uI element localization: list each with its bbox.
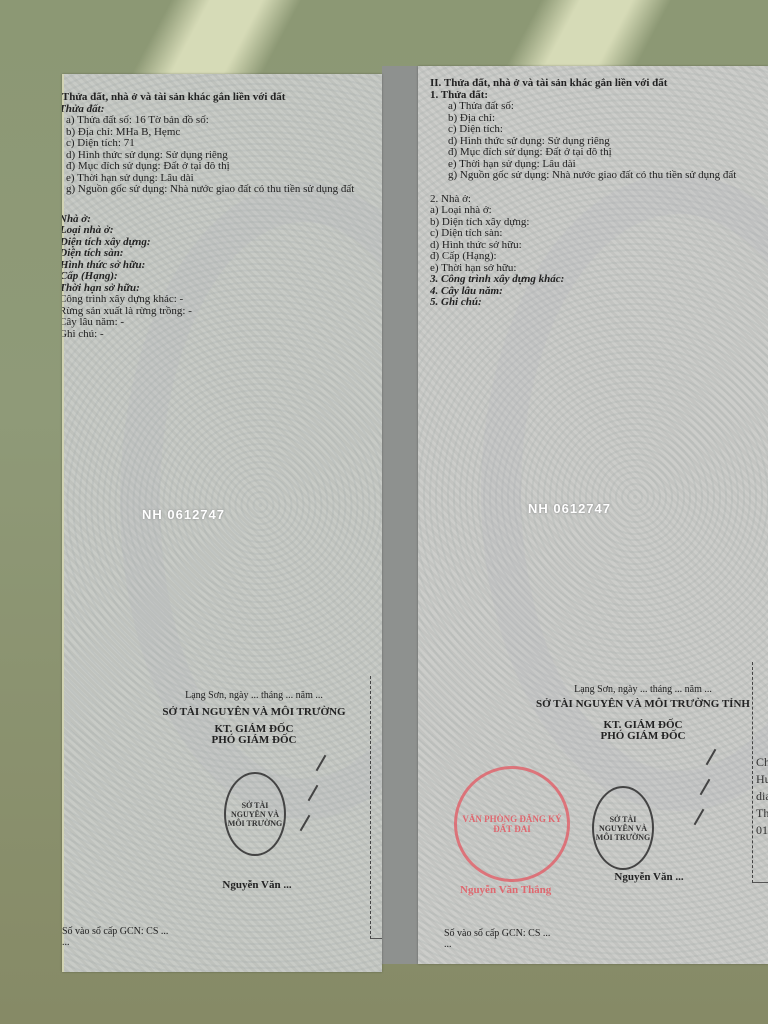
- official-stamp: SỞ TÀI NGUYÊN VÀ MÔI TRƯỜNG: [592, 786, 654, 870]
- list-line: 6. Ghi chú: -: [62, 329, 378, 341]
- field-value: 16: [135, 115, 146, 126]
- field-label: d) Hình thức sử dụng:: [66, 150, 163, 161]
- signer-name: Nguyễn Văn ...: [212, 880, 302, 891]
- list-line: b) Diện tích xây dựng:: [430, 217, 750, 229]
- list-line: c) Diện tích sàn:: [62, 248, 378, 260]
- footer: Số vào sổ cấp GCN: CS ... ...: [444, 928, 550, 950]
- authority: SỞ TÀI NGUYÊN VÀ MÔI TRƯỜNG TỈNH: [528, 699, 758, 710]
- field-value: Sử dụng riêng: [166, 150, 228, 161]
- list-line: 4. Rừng sản xuất là rừng trồng: -: [62, 306, 378, 318]
- field-value: MHa B, Hẹmc: [116, 127, 180, 138]
- authority: SỞ TÀI NGUYÊN VÀ MÔI TRƯỜNG: [154, 707, 354, 718]
- field-label: c) Diện tích:: [66, 138, 121, 149]
- list-line: đ) Cấp (Hạng):: [62, 271, 378, 283]
- list-line: a) Loại nhà ở:: [430, 205, 750, 217]
- header-line: 1. Thửa đất:: [62, 104, 378, 116]
- signature-stroke: [700, 779, 711, 796]
- signer-name: Nguyễn Văn ...: [604, 872, 694, 883]
- list-line: 2. Nhà ở:: [430, 194, 750, 206]
- field-label: d) Hình thức sử dụng:: [448, 136, 545, 147]
- signature-stroke: [308, 785, 319, 802]
- list-line: 3. Công trình xây dựng khác:: [430, 274, 750, 286]
- right-page: II. Thửa đất, nhà ở và tài sản khác gắn …: [418, 66, 768, 964]
- field-extra: Tờ bản đồ số:: [148, 115, 209, 126]
- list-line: e) Thời hạn sở hữu:: [430, 263, 750, 275]
- place-date: Lạng Sơn, ngày ... tháng ... năm ...: [154, 690, 354, 701]
- signature-stroke: [706, 749, 717, 766]
- header-line: II. Thửa đất, nhà ở và tài sản khác gắn …: [62, 92, 378, 104]
- official-stamp: SỞ TÀI NGUYÊN VÀ MÔI TRƯỜNG: [224, 772, 286, 856]
- signer-subtitle: PHÓ GIÁM ĐỐC: [154, 735, 354, 746]
- page-gutter: [382, 66, 418, 964]
- field-label: b) Địa chỉ:: [448, 113, 495, 124]
- header-line: II. Thửa đất, nhà ở và tài sản khác gắn …: [430, 78, 750, 90]
- field-label: a) Thửa đất số:: [448, 101, 514, 112]
- left-page: II. Thửa đất, nhà ở và tài sản khác gắn …: [62, 74, 382, 972]
- list-line: a) Loại nhà ở:: [62, 225, 378, 237]
- list-line: 4. Cây lâu năm:: [430, 286, 750, 298]
- field-label: g) Nguồn gốc sử dụng:: [66, 184, 167, 195]
- field-label: b) Địa chỉ:: [66, 127, 113, 138]
- signature-stroke: [300, 815, 311, 832]
- place-date: Lạng Sơn, ngày ... tháng ... năm ...: [528, 684, 758, 695]
- signer-subtitle: PHÓ GIÁM ĐỐC: [528, 731, 758, 742]
- list-line: 3. Công trình xây dựng khác: -: [62, 294, 378, 306]
- field-label: đ) Mục đích sử dụng:: [448, 147, 543, 158]
- left-page-content: II. Thửa đất, nhà ở và tài sản khác gắn …: [62, 92, 378, 340]
- field-value: 71: [124, 138, 135, 149]
- field-label: g) Nguồn gốc sử dụng:: [448, 170, 549, 181]
- field-label: a) Thửa đất số:: [66, 115, 132, 126]
- field-label: c) Diện tích:: [448, 124, 503, 135]
- field-value: Lâu dài: [160, 173, 193, 184]
- serial-number: NH 0612747: [528, 502, 611, 515]
- red-stamp: VĂN PHÒNG ĐĂNG KÝ ĐẤT ĐAI: [454, 766, 570, 882]
- list-line: 5. Cây lâu năm: -: [62, 317, 378, 329]
- right-page-content: II. Thửa đất, nhà ở và tài sản khác gắn …: [430, 78, 750, 309]
- list-line: d) Hình thức sở hữu:: [62, 260, 378, 272]
- list-line: 5. Ghi chú:: [430, 297, 750, 309]
- signature-block: Lạng Sơn, ngày ... tháng ... năm ... SỞ …: [528, 684, 758, 742]
- red-signer-name: Nguyễn Văn Thắng: [460, 884, 551, 896]
- signature-stroke: [316, 755, 327, 772]
- header-line: 1. Thửa đất:: [430, 90, 750, 102]
- list-line: đ) Cấp (Hạng):: [430, 251, 750, 263]
- list-line: b) Diện tích xây dựng:: [62, 237, 378, 249]
- list-line: c) Diện tích sàn:: [430, 228, 750, 240]
- footer: Số vào sổ cấp GCN: CS ... ...: [62, 926, 168, 948]
- field-label: đ) Mục đích sử dụng:: [66, 161, 161, 172]
- serial-number: NH 0612747: [142, 508, 225, 521]
- side-labels: Ch Hu dia Th 01: [756, 754, 768, 839]
- field-value: Nhà nước giao đất có thu tiền sử dụng đấ…: [170, 184, 354, 195]
- list-line: d) Hình thức sở hữu:: [430, 240, 750, 252]
- signature-stroke: [694, 809, 705, 826]
- registration-box: [370, 676, 382, 939]
- list-line: e) Thời hạn sở hữu:: [62, 283, 378, 295]
- signature-block: Lạng Sơn, ngày ... tháng ... năm ... SỞ …: [154, 690, 354, 746]
- field-value: Đất ở tại đô thị: [163, 161, 229, 172]
- field-label: e) Thời hạn sử dụng:: [448, 159, 540, 170]
- list-line: 2. Nhà ở:: [62, 214, 378, 226]
- field-label: e) Thời hạn sử dụng:: [66, 173, 158, 184]
